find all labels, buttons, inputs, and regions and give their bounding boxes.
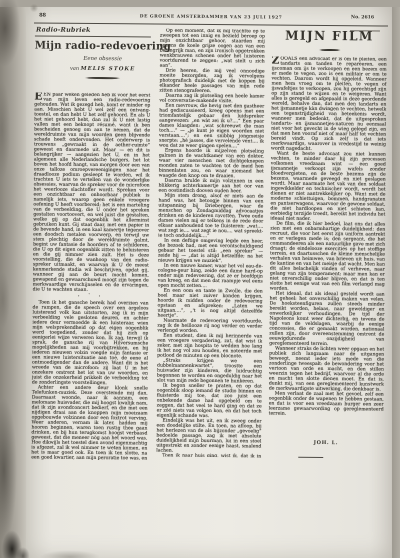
scan-edge-right	[391, 0, 400, 558]
masthead-title: DE GROENE AMSTERDAMMER VAN 23 JULI 1927	[34, 13, 388, 21]
issue-number: No. 2616	[351, 15, 374, 20]
paragraph: En een oom en tante in Zwolle, die den b…	[157, 289, 262, 320]
column-2: Op een moment, dat ik mij trachtte op te…	[156, 29, 265, 458]
film-ornament-rule	[319, 49, 341, 51]
paragraph: Drie heeren, die mij veel onnoodige moei…	[159, 69, 264, 95]
paragraph: De film, die ik hier bedoel, laat ons da…	[270, 222, 386, 293]
paragraph: Het ideaal, dat als ideaal gesteld wordt…	[269, 292, 384, 348]
column-3: ZOOALS een advocaat er is om te pleiten,…	[268, 57, 386, 435]
paragraph: Want de beste advocaat zou niet kunnen v…	[270, 152, 386, 223]
article-title-block: Mijn radio-redevoering Eene obsessie van…	[28, 39, 178, 79]
paragraph: Wanneer straks de lichten weer opgaan en…	[269, 347, 384, 393]
article-subtitle: Eene obsessie	[28, 55, 178, 62]
paragraph: EEN paar weken geleden heb ik voor het e…	[33, 92, 151, 293]
rubric-rule	[35, 35, 151, 37]
ornament-rule	[85, 76, 121, 79]
paragraph: Een student, dien ik mij herinnerde van …	[157, 334, 262, 360]
paragraph: Toen ik naar huis ging, wist ik, dat ik …	[156, 454, 261, 458]
byline-prefix: van	[70, 65, 79, 71]
paragraph: „Straks krijgen we een dubbelmannenkwart…	[157, 359, 262, 385]
paragraph: Ergens hoorde ik mijzelven plotseling ga…	[159, 149, 264, 180]
paragraph: In een deftige omgeving legde een heer, …	[158, 239, 263, 265]
author-name: MELIS STOKE	[81, 65, 136, 71]
paragraph: Naarmate de redevoering voortduurde, zag…	[157, 319, 262, 335]
page-content: 88 DE GROENE AMSTERDAMMER VAN 23 JULI 19…	[23, 5, 394, 558]
article-byline: van MELIS STOKE	[28, 65, 178, 72]
paragraph: Op een moment, dat ik mij trachtte op te…	[160, 29, 265, 70]
paragraph: Een mevrouw, die hevig met den gastheer …	[159, 104, 264, 150]
film-end-rule	[298, 457, 323, 458]
article-title: Mijn radio-redevoering	[31, 39, 175, 52]
film-article-title: MIJN FILM	[274, 29, 386, 44]
newspaper-page: 88 DE GROENE AMSTERDAMMER VAN 23 JULI 19…	[26, 7, 392, 558]
paragraph: Mijn stem drong, alsof er niets aan de h…	[158, 194, 263, 240]
paragraph: In een nauwe kamer, waar het vol eau-de-…	[158, 264, 263, 290]
paragraph: Achter een andere deur klonk snelle Tele…	[31, 385, 148, 460]
paragraph: Toen ik het gansche bereik had overzien …	[32, 300, 149, 386]
paragraph: Eindelijk was het uit, en ik zweeg onder…	[156, 419, 261, 455]
rubric-label: Radio-Rubriek	[36, 25, 91, 33]
paragraph: Ik begon sneller te praten, en op dat oo…	[157, 384, 262, 420]
newspaper-scan: 88 DE GROENE AMSTERDAMMER VAN 23 JULI 19…	[0, 0, 400, 558]
column-1: EEN paar weken geleden heb ik voor het e…	[31, 92, 150, 460]
paragraph: Daarna brulde ik mijn volzinnen in een b…	[159, 179, 264, 195]
paragraph: ZOOALS een advocaat er is om te pleiten,…	[271, 57, 387, 153]
scan-edge-left	[0, 0, 26, 558]
film-signature: JOH. L.	[268, 440, 383, 447]
scan-edge-top	[0, 0, 400, 7]
paragraph: Men verlaat de zaal met het gevoel, zelf…	[269, 392, 384, 418]
